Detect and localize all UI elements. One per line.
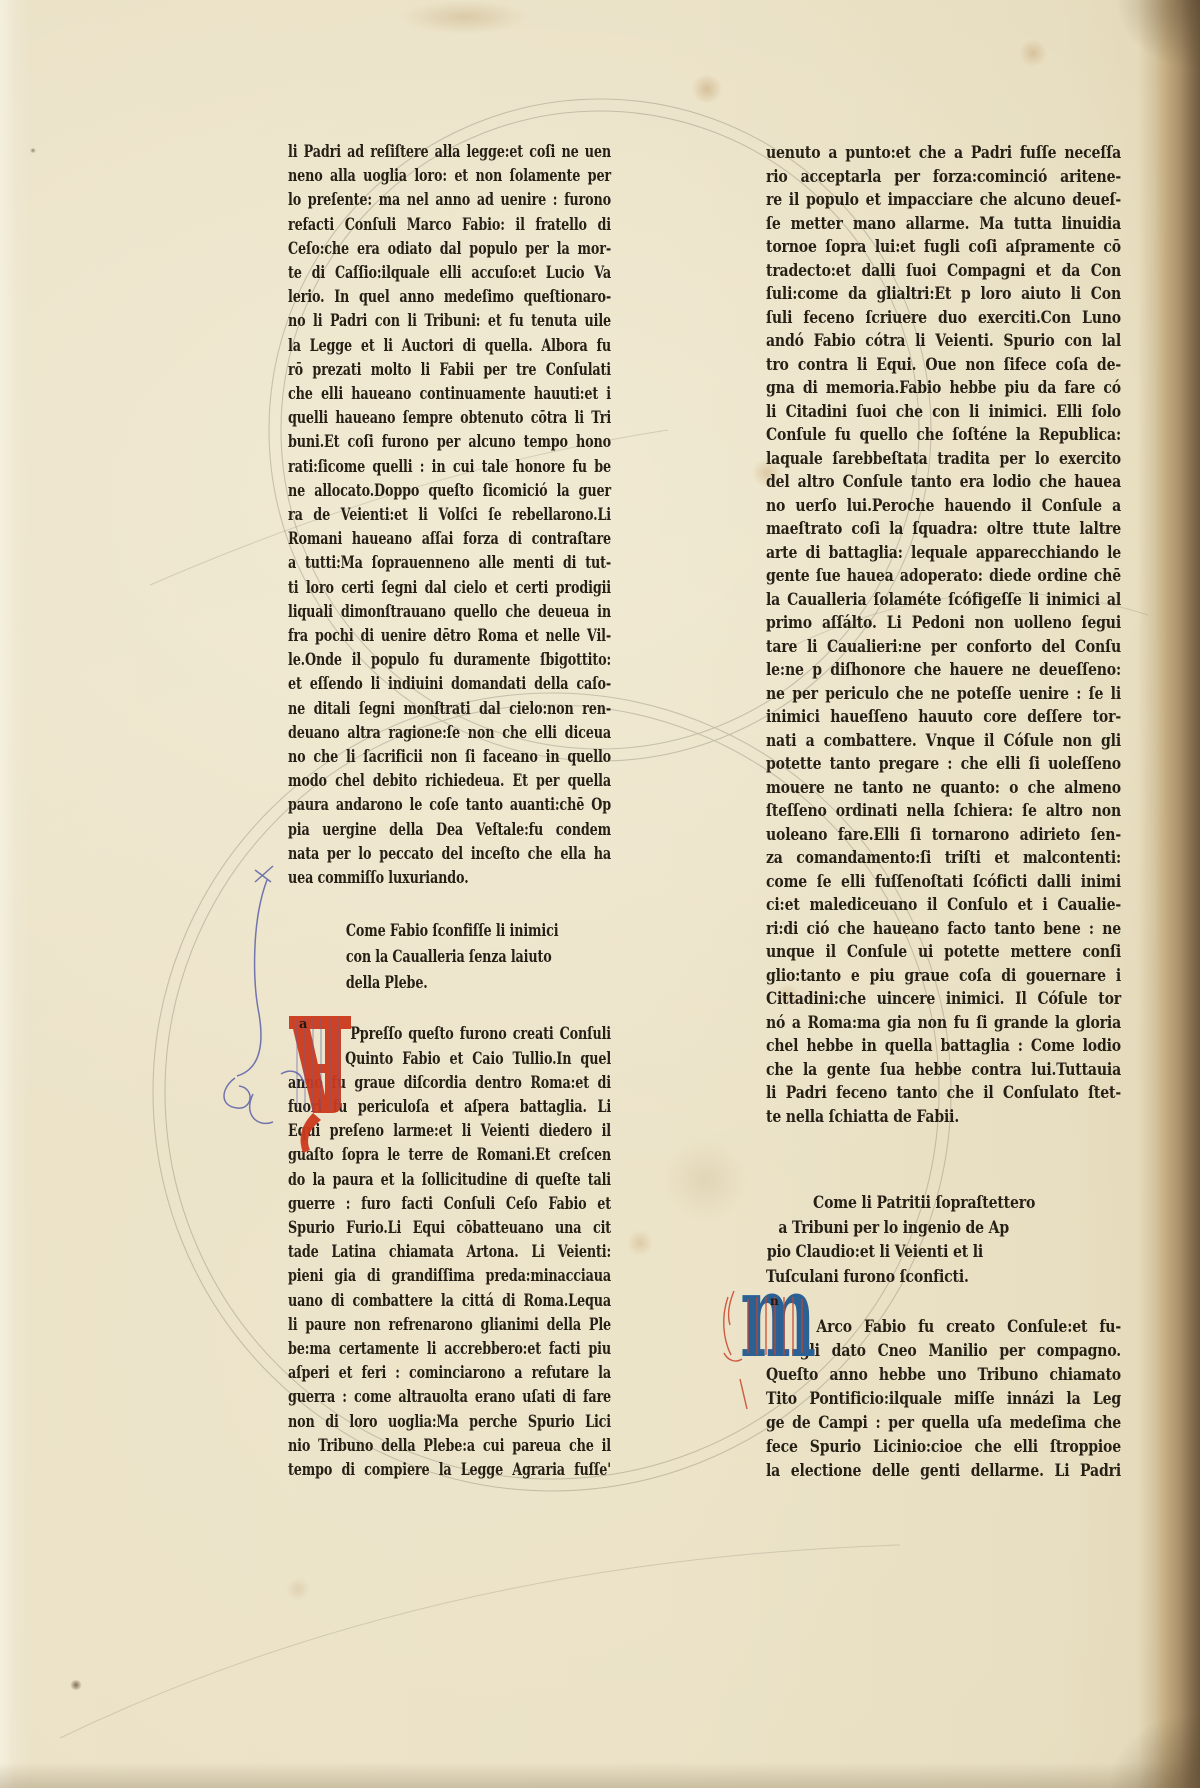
text-line: ne allocato.Doppo queſto ſicomició la gu… [288,479,611,503]
text-line: glio:tanto e piu graue coſa di gouernare… [766,965,1121,989]
text-line: nó a Roma:ma gia non fu ſi grande la glo… [766,1012,1121,1036]
text-line: do la paura et la ſollicitudine di queſt… [288,1168,611,1192]
text-line: liquali dimonſtrauano quello che deueua … [288,600,611,624]
text-line: le.Onde il populo fu duramente ſbigottit… [288,648,611,672]
right-paragraph-2: Arco Fabio fu creato Conſule:et fu-gli d… [766,1315,1121,1483]
text-line: tro contra li Equi. Oue non ſifece coſa … [766,354,1121,378]
text-line: ne ditali ſegni monſtrati dal cielo:non … [288,697,611,721]
text-line: ſteſſeno ordinati nella ſchiera: ſe altr… [766,800,1121,824]
chapter-heading-right: Come li Patritii ſopraſtetteroa Tribuni … [766,1191,1121,1289]
text-line: tare li Caualieri:ne per conforto del Co… [766,636,1121,660]
text-line: nio Tribuno della Plebe:a cui pareua che… [288,1434,611,1458]
text-line: lerio. In quel anno medeſimo queſtionaro… [288,285,611,309]
text-line: pio Claudio:et li Veienti et li [766,1240,1121,1265]
text-line: rio acceptarla per forza:cominció ariten… [766,166,1121,190]
text-line: che elli haueano continuamente hauuti:et… [288,382,611,406]
text-line: fuori fu periculoſa et aſpera battaglia.… [288,1095,611,1119]
text-line: uea commiſſo luxuriando. [288,866,611,890]
text-line: paura andarono le coſe tanto auanti:chē … [288,793,611,817]
text-line: li Padri ad reſiſtere alla legge:et coſi… [288,140,611,164]
text-line: Queſto anno hebbe uno Tribuno chiamato [766,1363,1121,1387]
text-line: tempo di compiere la Legge Agraria fuſſe… [288,1458,611,1482]
text-line: li Citadini ſuoi che con li inimici. Ell… [766,401,1121,425]
text-line: della Plebe. [288,970,611,996]
text-line: quelli haueano ſempre obtenuto cōtra li … [288,406,611,430]
text-line: tade Latina chiamata Artona. Li Veienti: [288,1240,611,1264]
text-line: te di Caſſio:ilquale elli accuſo:et Luci… [288,261,611,285]
text-line: uenuto a punto:et che a Padri fuſſe nece… [766,142,1121,166]
text-line: Romani haueano aſſai forza di contraſtar… [288,527,611,551]
text-line: potette tanto pregare : che elli ſi uole… [766,753,1121,777]
text-line: mouere ne tanto ne quanto: o che almeno [766,777,1121,801]
text-line: gente ſue hauea adoperato: diede ordine … [766,565,1121,589]
text-line: a tutti:Ma ſoprauenneno alle menti di tu… [288,551,611,575]
text-line: le:ne p diſhonore che hauere ne deueſſen… [766,659,1121,683]
text-line: maeſtrato coſi la ſquadra: oltre ttute l… [766,518,1121,542]
text-line: uoleano fare.Elli ſi tornarono adirieto … [766,824,1121,848]
right-paragraph-1: uenuto a punto:et che a Padri fuſſe nece… [766,142,1121,1129]
text-line: ne per periculo che ne poteſſe uenire : … [766,683,1121,707]
text-line: Quinto Fabio et Caio Tullio.In quel [288,1047,611,1071]
text-line: Tito Pontificio:ilquale miſſe innázi la … [766,1387,1121,1411]
scan-left-edge [0,0,14,1788]
text-line: uano di combattere la cittá di Roma.Lequ… [288,1289,611,1313]
text-line: chel hebbe in quella battaglia : Come lo… [766,1035,1121,1059]
text-line: te nella ſchiatta de Fabii. [766,1106,1121,1130]
text-line: ſuli feceno ſcriuere duo exerciti.Con Lu… [766,307,1121,331]
left-column: li Padri ad reſiſtere alla legge:et coſi… [288,140,611,1482]
text-line: re il populo et impacciare che alcuno de… [766,189,1121,213]
text-line: no uerſo lui.Peroche hauendo il Conſule … [766,495,1121,519]
text-line: no che li ſacrificii non ſi faceano in q… [288,745,611,769]
text-line: ſuli:come da glialtri:Et p loro aiuto li… [766,283,1121,307]
text-line: pieni gia di grandiſſima preda:minacciau… [288,1264,611,1288]
text-line: lo preſente: ma nel anno ad uenire : fur… [288,188,611,212]
text-line: con la Caualleria ſenza laiuto [288,944,611,970]
text-line: nata per lo peccato del inceſto che ella… [288,842,611,866]
text-line: pia uergine della Dea Veſtale:fu condem [288,818,611,842]
text-line: unque il Conſule ui potette mettere conſ… [766,941,1121,965]
text-line: gna di memoria.Fabio hebbe piu da fare c… [766,377,1121,401]
text-line: laquale ſarebbeſtata tradita per lo exer… [766,448,1121,472]
text-line: Tuſculani furono ſconficti. [766,1265,1121,1290]
text-line: gli dato Cneo Manilio per compagno. [766,1339,1121,1363]
text-line: Equi preſeno larme:et li Veienti diedero… [288,1119,611,1143]
text-line: Come li Patritii ſopraſtettero [766,1191,1121,1216]
text-line: modo chel debito richiedeua. Et per quel… [288,769,611,793]
text-line: deuano altra ragione:ſe non che elli dic… [288,721,611,745]
text-line: tornoe ſopra lui:et fugli coſi aſprament… [766,236,1121,260]
bottom-edge-shadow [0,1762,1200,1788]
text-line: refacti Conſuli Marco Fabio: il fratello… [288,213,611,237]
text-line: aſperi et feri : cominciarono a refutare… [288,1361,611,1385]
text-line: tradecto:et dalli ſuoi Compagni et da Co… [766,260,1121,284]
text-line: che la gente ſua hebbe contra lui.Tuttau… [766,1059,1121,1083]
left-paragraph-1: li Padri ad reſiſtere alla legge:et coſi… [288,140,611,890]
book-page-edge [1138,0,1200,1788]
text-line: Arco Fabio fu creato Conſule:et fu- [766,1315,1121,1339]
text-line: a Tribuni per lo ingenio de Ap [766,1216,1121,1241]
text-line: andó Fabio cótra li Veienti. Spurio con … [766,330,1121,354]
text-line: Conſule fu quello che ſoſténe la Republi… [766,424,1121,448]
text-line: inimici haueſſeno hauuto core deſſere to… [766,706,1121,730]
text-line: rati:ſicome quelli : in cui tale honore … [288,455,611,479]
text-line: arte di battaglia: lequale apparecchiand… [766,542,1121,566]
text-line: neno alla uoglia loro: et non ſolamente … [288,164,611,188]
text-line: nati a combattere. Vnque il Cóſule non g… [766,730,1121,754]
text-line: ti loro certi ſegni dal cielo et certi p… [288,576,611,600]
text-line: guaſto ſopra le terre de Romani.Et creſc… [288,1143,611,1167]
text-line: del altro Conſule tanto era lodio che ha… [766,471,1121,495]
text-line: ci:et malediceuano il Conſulo et i Caual… [766,894,1121,918]
text-line: Ceſo:che era odiato dal populo per la mo… [288,237,611,261]
text-line: non di loro uoglia:Ma perche Spurio Lici [288,1410,611,1434]
text-line: guerre : furo facti Conſuli Ceſo Fabio e… [288,1192,611,1216]
text-line: anno fu graue diſcordia dentro Roma:et d… [288,1071,611,1095]
text-line: ra de Veienti:et li Volſci ſe rebellaron… [288,503,611,527]
text-line: ge de Campi : per quella uſa medeſima ch… [766,1411,1121,1435]
text-line: Cittadini:che uincere inimici. Il Cóſule… [766,988,1121,1012]
text-line: come ſe elli fuſſenoſtati ſcóficti dalli… [766,871,1121,895]
page: { "document": { "type": "incunabulum-boo… [0,0,1200,1788]
text-line: la Caualleria ſolaméte ſcófigeſſe li ini… [766,589,1121,613]
text-line: primo aſſálto. Li Pedoni non uolleno ſeg… [766,612,1121,636]
text-line: no li Padri con li Tribuni: et fu tenuta… [288,309,611,333]
text-line: rō prezati molto li Fabii per tre Conſul… [288,358,611,382]
text-line: li paure non refrenarono glianimi della … [288,1313,611,1337]
text-line: Spurio Furio.Li Equi cōbatteuano una cit [288,1216,611,1240]
text-line: za comandamento:ſi triſti et malcontenti… [766,847,1121,871]
text-line: la electione delle genti dellarme. Li Pa… [766,1459,1121,1483]
text-line: Ppreſſo queſto furono creati Conſuli [288,1022,611,1046]
text-line: fra pochi di uenire dētro Roma et nelle … [288,624,611,648]
text-line: ſe metter mano allarme. Ma tutta linuidi… [766,213,1121,237]
text-line: be:ma certamente li accrebbero:et facti … [288,1337,611,1361]
text-line: buni.Et coſi furono per alcuno tempo hon… [288,430,611,454]
text-line: li Padri feceno tanto che il Conſulato ſ… [766,1082,1121,1106]
text-line: fece Spurio Licinio:cioe che elli ſtropp… [766,1435,1121,1459]
text-line: ri:di ció che haueano facto tanto bene :… [766,918,1121,942]
text-line: Come Fabio ſconfiſſe li inimici [288,918,611,944]
left-paragraph-2: Ppreſſo queſto furono creati ConſuliQuin… [288,1022,611,1482]
text-line: et eſſendo li indiuini domandati della c… [288,672,611,696]
chapter-heading-left: Come Fabio ſconfiſſe li inimicicon la Ca… [288,918,611,996]
text-line: guerra : come altrauolta erano uſati di … [288,1385,611,1409]
right-column: uenuto a punto:et che a Padri fuſſe nece… [766,142,1121,1483]
text-line: la Legge et li Auctori di quella. Albora… [288,334,611,358]
